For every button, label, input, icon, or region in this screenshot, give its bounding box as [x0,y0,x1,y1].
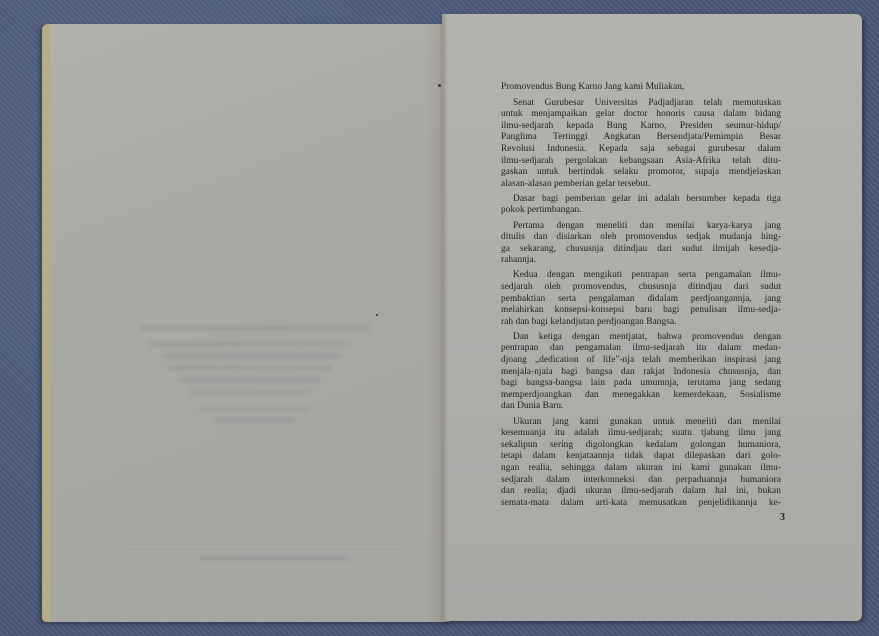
paragraph-1: Senat Gurubesar Universitas Padjadjaran … [501,98,781,191]
salutation: Promovendus Bung Karno Jang kami Muliaka… [501,82,781,94]
bleed-through-caption [200,556,350,560]
paragraph-2: Dasar bagi pemberian gelar ini adalah be… [501,194,781,217]
paragraph-4: Kedua dengan mengikuti pentrapan serta p… [501,270,781,328]
bleed-through-text [168,366,333,370]
bleed-through-text [162,354,342,358]
bleed-through-rule [122,549,400,550]
page-number: 3 [780,512,785,523]
bleed-through-text [140,326,370,330]
gutter-shadow [442,14,448,621]
page-spot [438,84,441,87]
paragraph-5: Dan ketiga dengan mentjatat, bahwa promo… [501,332,781,413]
page-spot [376,314,378,316]
right-page: Promovendus Bung Karno Jang kami Muliaka… [442,14,862,621]
bleed-through-text [190,390,310,394]
paragraph-3: Pertama dengan meneliti dan menilai kary… [501,221,781,267]
bleed-through-text [200,407,310,411]
left-page [42,24,450,622]
bleed-through-text [215,418,295,422]
bleed-through-text [150,342,350,346]
university-seal-bleed-through [220,444,310,534]
bleed-through-text [180,378,320,382]
speech-text: Promovendus Bung Karno Jang kami Muliaka… [501,82,781,513]
paragraph-6: Ukuran jang kami gunakan untuk meneliti … [501,417,781,510]
